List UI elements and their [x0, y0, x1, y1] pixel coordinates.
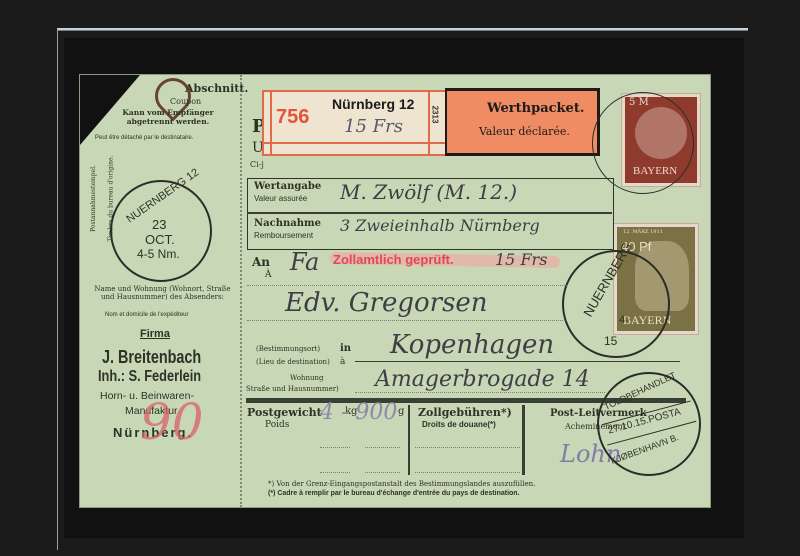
sender-name: J. Breitenbach	[102, 347, 201, 368]
registration-office: Nürnberg 12	[332, 96, 414, 112]
destination-label-fr: (Lieu de destination)	[256, 358, 330, 366]
sender-owner: Inh.: S. Federlein	[98, 368, 201, 386]
sender-firma: Firma	[140, 328, 170, 340]
destination-field: Kopenhagen	[390, 330, 554, 360]
duties-label-de: Zollgebühren*)	[418, 406, 512, 419]
street-field: Amagerbrogade 14	[375, 367, 590, 392]
recipient-name: Edv. Gregorsen	[285, 288, 488, 318]
cod-field: 3 Zweieinhalb Nürnberg	[340, 216, 540, 235]
destination-prefix-fr: à	[340, 357, 345, 367]
to-label-de: An	[252, 255, 270, 269]
footnote-fr: (*) Cadre à remplir par le bureau d'écha…	[268, 490, 520, 497]
destination-label-de: (Bestimmungsort)	[256, 345, 320, 353]
side-label: Postannahmestempel.	[90, 165, 97, 232]
registration-label: 756 Nürnberg 12 2313 15 Frs	[262, 90, 448, 156]
registration-handwritten: 15 Frs	[344, 116, 403, 137]
to-label-fr: À	[265, 270, 272, 280]
declared-value-label-fr: Valeur assurée	[254, 194, 307, 203]
duties-label-fr: Droits de douane(*)	[422, 420, 496, 429]
coupon-header: Abschnitt.	[185, 82, 248, 95]
weight-handwritten: 4 - 900	[320, 400, 397, 425]
registration-code: 2313	[431, 106, 440, 124]
coupon-note-fr: Peut être détaché par le destinataire.	[95, 135, 193, 141]
coupon-section: Abschnitt. Coupon Kann vom Empfänger abg…	[80, 75, 242, 507]
cod-label-de: Nachnahme	[254, 218, 321, 229]
sender-label: Name und Wohnung (Wohnort, Straße und Ha…	[90, 285, 235, 301]
cod-label-fr: Remboursement	[254, 231, 313, 240]
weight-unit-g: g	[398, 406, 404, 417]
customs-checked-stamp: Zollamtlich geprüft.	[333, 252, 454, 267]
footnote-de: *) Von der Grenz-Eingangspostanstalt des…	[268, 480, 535, 488]
handwritten-red-mark: 90	[140, 393, 204, 451]
declared-value-label: Werthpacket. Valeur déclarée.	[445, 88, 600, 156]
postmark-nuernberg-12: NUERNBERG 12 23 OCT. 4-5 Nm.	[110, 180, 212, 282]
coupon-note: Kann vom Empfänger abgetrennt werden.	[98, 108, 238, 126]
form-subtitle-fr-fragment: Ci-j	[250, 160, 264, 169]
street-label-de: Wohnung	[290, 374, 323, 382]
declared-value-field: M. Zwölf (M. 12.)	[340, 180, 517, 204]
declared-value-label-de: Wertangabe	[254, 181, 321, 192]
registration-number: 756	[276, 106, 309, 129]
postmark-nuernberg-right: NUERNBERG 4- 15	[562, 250, 670, 358]
to-field: Fa	[290, 248, 319, 276]
weight-label-de: Postgewicht	[247, 406, 322, 419]
street-label-fr: Straße und Hausnummer)	[246, 385, 339, 393]
weight-label-fr: Poids	[265, 420, 289, 430]
coupon-header-fr: Coupon	[170, 97, 201, 106]
customs-handwritten: 15 Frs	[495, 250, 547, 269]
destination-prefix-de: in	[340, 343, 351, 354]
postmark-copenhagen: TOLDBEHANDLET 27.10.15.POSTA KJØBENHAVN …	[597, 372, 701, 476]
sender-label-fr: Nom et domicile de l'expéditeur	[105, 312, 189, 318]
